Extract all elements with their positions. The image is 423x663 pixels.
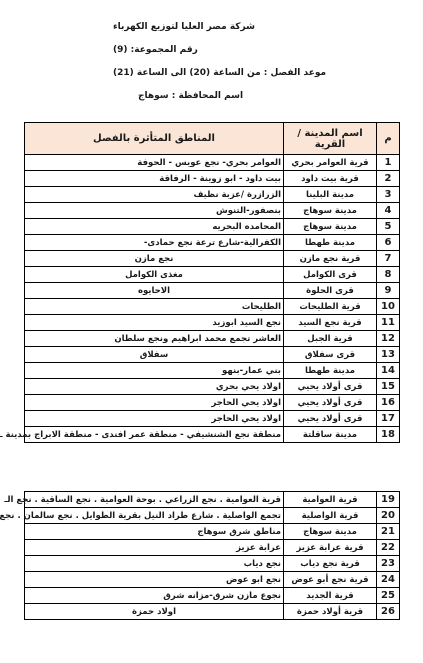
table-row: 9قرى الحلوةالاحايوه	[25, 283, 400, 299]
row-number: 18	[377, 427, 400, 443]
table-header: م اسم المدينة / القرية المناطق المتأثرة …	[25, 123, 400, 155]
column-header-city: اسم المدينة / القرية	[284, 123, 377, 155]
affected-areas-cell: منطقة نجع الشنشيفي - منطقة عمر افندى - م…	[25, 427, 284, 443]
row-number: 16	[377, 395, 400, 411]
row-number: 4	[377, 203, 400, 219]
city-name-cell: قرى أولاد يحيي	[284, 395, 377, 411]
row-number: 14	[377, 363, 400, 379]
document-header: شركة مصر العليا لتوزيع الكهرباء رقم المج…	[0, 0, 423, 108]
row-number: 6	[377, 235, 400, 251]
affected-areas-cell: نجع مازن	[25, 251, 284, 267]
city-name-cell: مدينة طهطا	[284, 363, 377, 379]
affected-areas-cell: مناطق شرق سوهاج	[25, 524, 284, 540]
table-row: 8قرى الكواملمغذى الكوامل	[25, 267, 400, 283]
row-number: 1	[377, 155, 400, 171]
city-name-cell: قرية نجع دياب	[284, 556, 377, 572]
affected-areas-cell: نجوع مازن شرق-مزانه شرق	[25, 588, 284, 604]
affected-areas-cell: الاحايوه	[25, 283, 284, 299]
row-number: 19	[377, 492, 400, 508]
city-name-cell: مدينة البلينا	[284, 187, 377, 203]
city-name-cell: قرية عرابة عزيز	[284, 540, 377, 556]
row-number: 24	[377, 572, 400, 588]
row-number: 13	[377, 347, 400, 363]
table-row: 14مدينة طهطابني عمار-بنهو	[25, 363, 400, 379]
column-header-number: م	[377, 123, 400, 155]
city-name-cell: قرى سفلاق	[284, 347, 377, 363]
affected-areas-cell: سفلاق	[25, 347, 284, 363]
row-number: 5	[377, 219, 400, 235]
table-row: 13قرى سفلاقسفلاق	[25, 347, 400, 363]
row-number: 12	[377, 331, 400, 347]
outage-time: موعد الفصل : من الساعة (20) الى الساعة (…	[113, 62, 423, 85]
city-name-cell: قرية الجبل	[284, 331, 377, 347]
city-name-cell: قرية نجع مازن	[284, 251, 377, 267]
city-name-cell: قرية العوامية	[284, 492, 377, 508]
affected-areas-cell: اولاد حمزة	[25, 604, 284, 620]
row-number: 20	[377, 508, 400, 524]
table-row: 3مدينة البليناالزرازرة /عزبة نظيف	[25, 187, 400, 203]
table-row: 2قرية بيت داودبيت داود - ابو زوينة - الر…	[25, 171, 400, 187]
affected-areas-cell: اولاد يحي الحاجر	[25, 411, 284, 427]
table-row: 10قرية الطليحاتالطليحات	[25, 299, 400, 315]
city-name-cell: مدينة ساقلتة	[284, 427, 377, 443]
affected-areas-cell: الزرازرة /عزبة نظيف	[25, 187, 284, 203]
city-name-cell: قرية الجديد	[284, 588, 377, 604]
outage-table-part2: 19قرية العواميةقرية العوامية . نجع الزرا…	[24, 491, 400, 620]
row-number: 17	[377, 411, 400, 427]
row-number: 9	[377, 283, 400, 299]
city-name-cell: قرية الواصلية	[284, 508, 377, 524]
affected-areas-cell: الكفرالية-شارع ترعة نجع حمادى-	[25, 235, 284, 251]
affected-areas-cell: نجع دياب	[25, 556, 284, 572]
row-number: 3	[377, 187, 400, 203]
city-name-cell: قرى أولاد يحيي	[284, 411, 377, 427]
city-name-cell: قرية نجع السيد	[284, 315, 377, 331]
city-name-cell: قرية بيت داود	[284, 171, 377, 187]
table-row: 18مدينة ساقلتةمنطقة نجع الشنشيفي - منطقة…	[25, 427, 400, 443]
city-name-cell: قرية نجع أبو عوض	[284, 572, 377, 588]
row-number: 8	[377, 267, 400, 283]
city-name-cell: مدينة طهطا	[284, 235, 377, 251]
table-row: 16قرى أولاد يحيياولاد يحي الحاجر	[25, 395, 400, 411]
table-row: 11قرية نجع السيدنجع السيد ابوزيد	[25, 315, 400, 331]
affected-areas-cell: نجع السيد ابوزيد	[25, 315, 284, 331]
company-name: شركة مصر العليا لتوزيع الكهرباء	[113, 16, 423, 39]
affected-areas-cell: العاشر تجمع محمد ابراهيم ونجع سلطان	[25, 331, 284, 347]
city-name-cell: قرية أولاد حمزة	[284, 604, 377, 620]
city-name-cell: قرى الكوامل	[284, 267, 377, 283]
row-number: 10	[377, 299, 400, 315]
table-row: 21مدينة سوهاجمناطق شرق سوهاج	[25, 524, 400, 540]
city-name-cell: مدينة سوهاج	[284, 524, 377, 540]
row-number: 15	[377, 379, 400, 395]
affected-areas-cell: بنصفور-التنوش	[25, 203, 284, 219]
city-name-cell: مدينة سوهاج	[284, 203, 377, 219]
row-number: 2	[377, 171, 400, 187]
affected-areas-cell: اولاد يحي الحاجر	[25, 395, 284, 411]
table-row: 7قرية نجع مازننجع مازن	[25, 251, 400, 267]
table-row: 25قرية الجديدنجوع مازن شرق-مزانه شرق	[25, 588, 400, 604]
affected-areas-cell: المحامده البحريه	[25, 219, 284, 235]
table-row: 23قرية نجع ديابنجع دياب	[25, 556, 400, 572]
affected-areas-cell: تجمع الواصلية . شارع طراد النيل بقرية ال…	[25, 508, 284, 524]
city-name-cell: مدينة سوهاج	[284, 219, 377, 235]
table-row: 24قرية نجع أبو عوضنجع ابو عوض	[25, 572, 400, 588]
governorate-name: اسم المحافظة : سوهاج	[113, 85, 423, 108]
city-name-cell: قرية الطليحات	[284, 299, 377, 315]
affected-areas-cell: اولاد يحي بحري	[25, 379, 284, 395]
table-row: 15قرى أولاد يحيياولاد يحي بحري	[25, 379, 400, 395]
affected-areas-cell: قرية العوامية . نجع الزراعي . بوحة العوا…	[25, 492, 284, 508]
row-number: 23	[377, 556, 400, 572]
row-number: 26	[377, 604, 400, 620]
row-number: 21	[377, 524, 400, 540]
table-row: 1قرية العوامر بحريالعوامر بحري- نجع عويس…	[25, 155, 400, 171]
outage-table-part1: م اسم المدينة / القرية المناطق المتأثرة …	[24, 122, 400, 443]
affected-areas-cell: مغذى الكوامل	[25, 267, 284, 283]
group-number: رقم المجموعة: (9)	[113, 39, 423, 62]
table-row: 19قرية العواميةقرية العوامية . نجع الزرا…	[25, 492, 400, 508]
city-name-cell: قرى أولاد يحيي	[284, 379, 377, 395]
table-row: 20قرية الواصليةتجمع الواصلية . شارع طراد…	[25, 508, 400, 524]
row-number: 7	[377, 251, 400, 267]
affected-areas-cell: الطليحات	[25, 299, 284, 315]
affected-areas-cell: العوامر بحري- نجع عويس - الحوفة	[25, 155, 284, 171]
table-row: 4مدينة سوهاجبنصفور-التنوش	[25, 203, 400, 219]
table-row: 22قرية عرابة عزيزعرابة عزيز	[25, 540, 400, 556]
city-name-cell: قرى الحلوة	[284, 283, 377, 299]
column-header-areas: المناطق المتأثرة بالفصل	[25, 123, 284, 155]
affected-areas-cell: بني عمار-بنهو	[25, 363, 284, 379]
row-number: 22	[377, 540, 400, 556]
row-number: 11	[377, 315, 400, 331]
affected-areas-cell: نجع ابو عوض	[25, 572, 284, 588]
city-name-cell: قرية العوامر بحري	[284, 155, 377, 171]
affected-areas-cell: عرابة عزيز	[25, 540, 284, 556]
table-row: 17قرى أولاد يحيياولاد يحي الحاجر	[25, 411, 400, 427]
table-row: 5مدينة سوهاجالمحامده البحريه	[25, 219, 400, 235]
document-page: شركة مصر العليا لتوزيع الكهرباء رقم المج…	[0, 0, 423, 663]
row-number: 25	[377, 588, 400, 604]
table-row: 26قرية أولاد حمزةاولاد حمزة	[25, 604, 400, 620]
table-row: 6مدينة طهطاالكفرالية-شارع ترعة نجع حمادى…	[25, 235, 400, 251]
table-row: 12قرية الجبلالعاشر تجمع محمد ابراهيم ونج…	[25, 331, 400, 347]
affected-areas-cell: بيت داود - ابو زوينة - الرفاقة	[25, 171, 284, 187]
